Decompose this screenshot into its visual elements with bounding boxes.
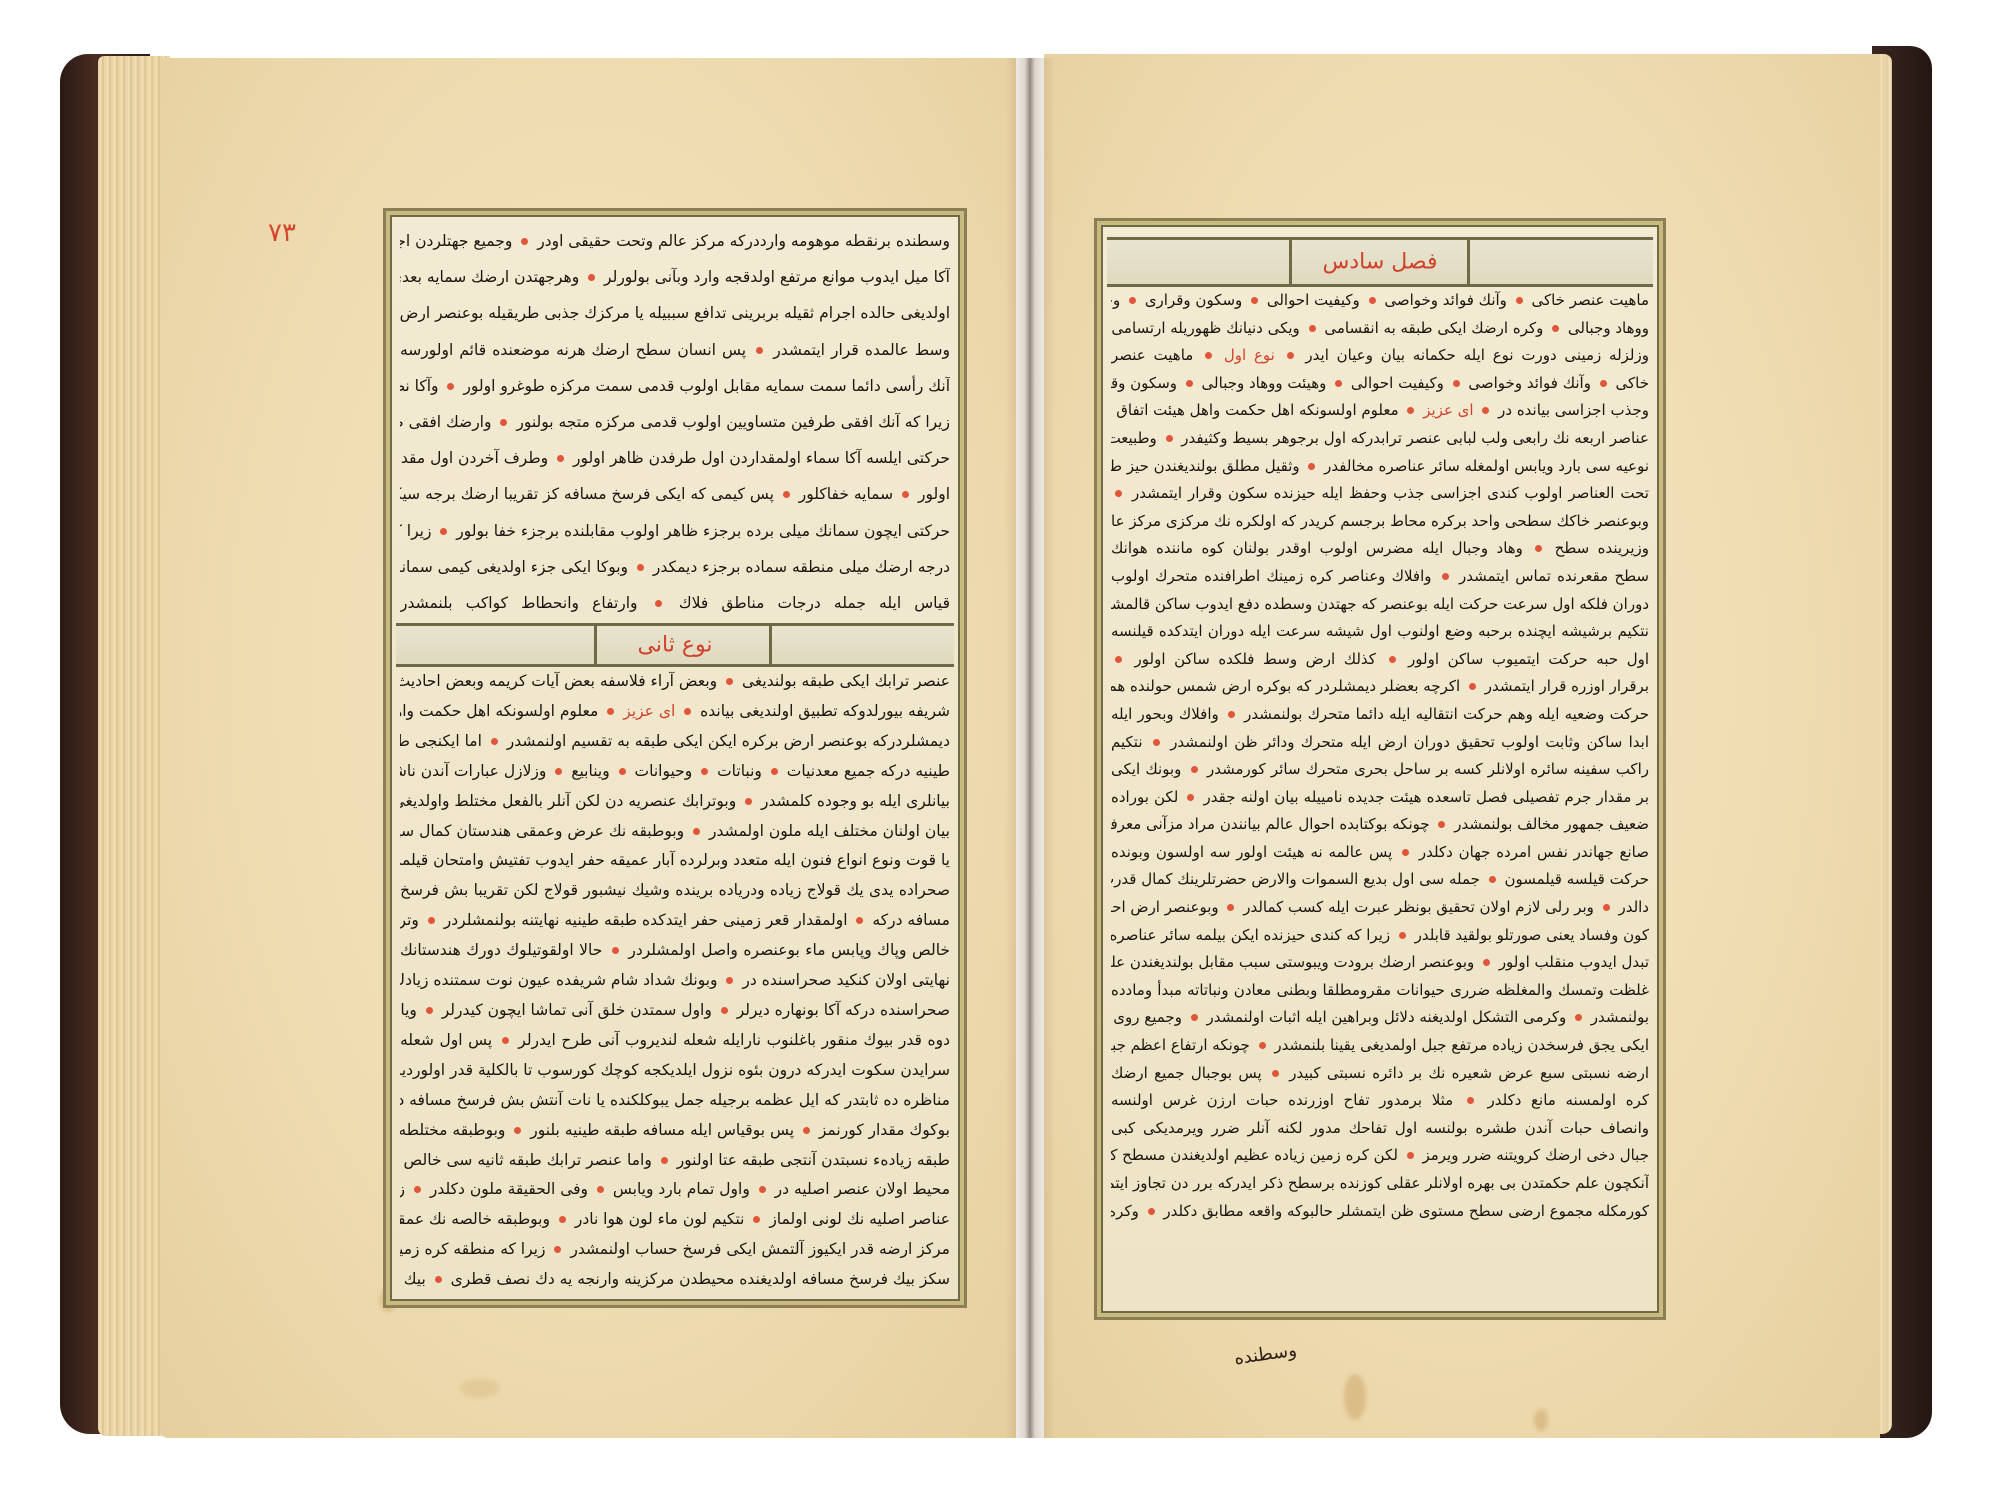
verse-dot-icon xyxy=(1535,545,1542,552)
verse-dot-icon xyxy=(1166,435,1173,442)
verse-dot-icon xyxy=(1287,352,1294,359)
verse-dot-icon xyxy=(414,1186,421,1193)
text-line: صحراده يدی يك قولاج زياده ودرياده برينده… xyxy=(400,876,950,906)
text-line: وجذب اجزاسی بيانده در ای عزيز معلوم اولس… xyxy=(1111,397,1649,425)
verse-dot-icon xyxy=(1402,849,1409,856)
right-body-text: ماهيت عنصر خاكی وآنك فوائد وخواصی وكيفيت… xyxy=(1111,287,1649,1305)
verse-dot-icon xyxy=(1205,352,1212,359)
verse-dot-icon xyxy=(661,1157,668,1164)
verse-dot-icon xyxy=(612,947,619,954)
text-line: طبقه زيادهء نسبتدن آنتجی طبقه عتا اولنور… xyxy=(400,1146,950,1176)
verse-dot-icon xyxy=(1309,325,1316,332)
text-line: حركتی ايچون سمانك ميلی برده برجزء ظاهر ا… xyxy=(400,513,950,549)
verse-dot-icon xyxy=(902,491,909,498)
text-line: درجه ارضك ميلی منطقه سماده برجزء ديمكدر … xyxy=(400,549,950,585)
text-line: سكز بيك فرسخ مسافه اولديغنده محيطدن مركز… xyxy=(400,1265,950,1295)
text-line: خالص وپاك وپابس ماء بوعنصره واصل اولمشلر… xyxy=(400,936,950,966)
verse-dot-icon xyxy=(1389,656,1396,663)
verse-dot-icon xyxy=(1227,904,1234,911)
text-line: طينيه دركه جميع معدنيات ونباتات وحيوانات… xyxy=(400,757,950,787)
verse-dot-icon xyxy=(1272,1070,1279,1077)
catchword: وسطنده xyxy=(1233,1340,1298,1370)
text-line: غلظت وتمسك والمغلظه ضرری حيوانات مقرومطل… xyxy=(1111,977,1649,1005)
verse-dot-icon xyxy=(1187,794,1194,801)
verse-dot-icon xyxy=(1552,325,1559,332)
text-line: جبال دخی ارضك كرويتنه ضرر ويرمز لكن كره … xyxy=(1111,1142,1649,1170)
text-line: دالدر وبر رلی لازم اولان تحقيق بونظر عبر… xyxy=(1111,894,1649,922)
verse-dot-icon xyxy=(1191,1014,1198,1021)
text-line: نوعيه سی بارد ويابس اولمغله سائر عناصره … xyxy=(1111,453,1649,481)
text-line: مناظره ده ثابتدر كه ايل عظمه برجيله جمل … xyxy=(400,1086,950,1116)
verse-dot-icon xyxy=(1467,1097,1474,1104)
text-line: وزلزله زمينی دورت نوع ايله حكمانه بيان و… xyxy=(1111,342,1649,370)
text-line: صانع جهاندر نفس امرده جهان دكلدر پس عالم… xyxy=(1111,839,1649,867)
text-line: وبوعنصر خاكك سطحی واحد بركره محاط برجسم … xyxy=(1111,508,1649,536)
verse-dot-icon xyxy=(1186,380,1193,387)
text-line: سرايدن سكوت ايدركه درون بئوه نزول ايلديك… xyxy=(400,1056,950,1086)
verse-dot-icon xyxy=(771,768,778,775)
verse-dot-icon xyxy=(1489,876,1496,883)
text-line: بر مقدار جرم تفصيلی فصل تاسعده هيئت جديد… xyxy=(1111,784,1649,812)
chapter-heading-band: فصل سادس xyxy=(1107,237,1653,287)
verse-dot-icon xyxy=(701,768,708,775)
verse-dot-icon xyxy=(1308,463,1315,470)
verse-dot-icon xyxy=(428,917,435,924)
text-line: آكا ميل ايدوب موانع مرتفع اولدقجه وارد و… xyxy=(400,259,950,295)
chapter-heading-fasl-sadis: فصل سادس xyxy=(1107,250,1653,275)
verse-dot-icon xyxy=(1482,407,1489,414)
text-line: محيط اولان عنصر اصليه در واول تمام بارد … xyxy=(400,1175,950,1205)
verse-dot-icon xyxy=(693,828,700,835)
verse-dot-icon xyxy=(1259,1042,1266,1049)
verse-dot-icon xyxy=(759,1186,766,1193)
text-line: سطح مقعرنده تماس ايتمشدر وافلاك وعناصر ك… xyxy=(1111,563,1649,591)
verse-dot-icon xyxy=(1115,656,1122,663)
text-line: مسافه دركه اولمقدار قعر زمينی حفر ايتدكد… xyxy=(400,906,950,936)
verse-dot-icon xyxy=(597,1186,604,1193)
verse-dot-icon xyxy=(514,1127,521,1134)
foxing-stain xyxy=(1344,1374,1366,1420)
verse-dot-icon xyxy=(619,768,626,775)
text-line: تحت العناصر اولوب كندی اجزاسی جذب وحفظ ا… xyxy=(1111,480,1649,508)
text-line: عناصر اربعه نك رابعی ولب لبابی عنصر تراب… xyxy=(1111,425,1649,453)
left-text-frame: وسطنده برنقطه موهومه وارددركه مركز عالم … xyxy=(383,208,967,1308)
verse-dot-icon xyxy=(1148,1208,1155,1215)
text-line: بيان اولنان مختلف ايله ملون اولمشدر وبوط… xyxy=(400,817,950,847)
verse-dot-icon xyxy=(1115,490,1122,497)
left-upper-text: وسطنده برنقطه موهومه وارددركه مركز عالم … xyxy=(400,223,950,623)
verse-dot-icon xyxy=(856,917,863,924)
foxing-stain xyxy=(1534,1409,1548,1431)
text-line: وسط عالمده قرار ايتمشدر پس انسان سطح ارض… xyxy=(400,332,950,368)
verse-dot-icon xyxy=(1129,297,1136,304)
text-line: حركتی ايلسه آكا سماء اولمقداردن اول طرفد… xyxy=(400,440,950,476)
section-heading-band: نوع ثانی xyxy=(396,623,954,667)
section-heading-nav-thani: نوع ثانی xyxy=(396,633,954,658)
text-line: يا قوت ونوع انواع فنون ايله متعدد وبرلرد… xyxy=(400,846,950,876)
text-line: ديمشلردركه بوعنصر ارض بركره ايكن ايكی طب… xyxy=(400,727,950,757)
verse-dot-icon xyxy=(803,1127,810,1134)
verse-dot-icon xyxy=(756,347,763,354)
verse-dot-icon xyxy=(637,564,644,571)
verse-dot-icon xyxy=(491,738,498,745)
right-text-frame: فصل سادس ماهيت عنصر خاكی وآنك فوائد وخوا… xyxy=(1094,218,1666,1320)
folio-number: ٧٣ xyxy=(268,218,296,248)
text-line: بوكوك مقدار كورنمز پس بوقياس ايله مسافه … xyxy=(400,1116,950,1146)
text-line: عنصر ترابك ايكی طبقه بولنديغی وبعض آراء … xyxy=(400,667,950,697)
verse-dot-icon xyxy=(1469,683,1476,690)
verse-dot-icon xyxy=(1153,739,1160,746)
text-line: نهايتی اولان كنكيد صحراسنده در وبونك شدا… xyxy=(400,966,950,996)
verse-dot-icon xyxy=(555,768,562,775)
verse-dot-icon xyxy=(783,491,790,498)
text-line: ابدا ساكن وثابت اولوب تحقيق دوران ارض اي… xyxy=(1111,729,1649,757)
text-line: بيانلری ايله بو وجوده كلمشدر وبوترابك عن… xyxy=(400,787,950,817)
text-line: صحراسنده دركه آكا بونهاره ديرلر واول سمت… xyxy=(400,996,950,1026)
text-line: ارضه نسبتی سبع عرض شعيره نك بر دائره نسب… xyxy=(1111,1060,1649,1088)
foxing-stain xyxy=(460,1378,500,1398)
text-line: نتكيم برشيشه ايچنده برحبه وضع اولنوب اول… xyxy=(1111,618,1649,646)
verse-dot-icon xyxy=(559,1216,566,1223)
verse-dot-icon xyxy=(1603,904,1610,911)
text-line: آنكچون علم حكمتدن بی بهره اولانلر عقلی ك… xyxy=(1111,1170,1649,1198)
verse-dot-icon xyxy=(1369,297,1376,304)
text-line: ماهيت عنصر خاكی وآنك فوائد وخواصی وكيفيت… xyxy=(1111,287,1649,315)
text-line: تبدل ايدوب منقلب اولور وبوعنصر ارضك برود… xyxy=(1111,949,1649,977)
verse-dot-icon xyxy=(684,708,691,715)
verse-dot-icon xyxy=(1600,380,1607,387)
verse-dot-icon xyxy=(500,419,507,426)
text-line: كون وفساد يعنی صورتلو بولقيد قابلدر زيرا… xyxy=(1111,922,1649,950)
text-line: زيرا كه آنك افقی طرفين متساويين اولوب قد… xyxy=(400,404,950,440)
text-line: وانصاف حبات آندن طشره بولنسه اول تفاحك م… xyxy=(1111,1115,1649,1143)
verse-dot-icon xyxy=(726,977,733,984)
verse-dot-icon xyxy=(655,600,662,607)
left-lower-text: عنصر ترابك ايكی طبقه بولنديغی وبعض آراء … xyxy=(400,667,950,1293)
verse-dot-icon xyxy=(426,1007,433,1014)
verse-dot-icon xyxy=(1516,297,1523,304)
verse-dot-icon xyxy=(554,1246,561,1253)
verse-dot-icon xyxy=(1438,821,1445,828)
text-line: بولنمشدر وكرمی التشكل اولديغنه دلائل وبر… xyxy=(1111,1004,1649,1032)
verse-dot-icon xyxy=(557,455,564,462)
text-line: دوران فلكه اول سرعت حركت ايله بوعنصر كه … xyxy=(1111,591,1649,619)
book-gutter xyxy=(1005,58,1055,1438)
text-line: ضعيف جمهور مخالف بولنمشدر چونكه بوكتابده… xyxy=(1111,811,1649,839)
verse-dot-icon xyxy=(745,798,752,805)
verse-dot-icon xyxy=(607,708,614,715)
text-line: عناصر اصليه نك لونی اولماز نتكيم لون ماء… xyxy=(400,1205,950,1235)
text-line: شريفه بيورلدوكه تطبيق اولنديغی بيانده ای… xyxy=(400,697,950,727)
text-line: وزيرينده سطح وهاد وجبال ايله مضرس اولوب … xyxy=(1111,535,1649,563)
text-line: اول حبه حركت ايتميوب ساكن اولور كذلك ارض… xyxy=(1111,646,1649,674)
text-line: حركت قيلسه قيلمسون جمله سی اول بديع السم… xyxy=(1111,866,1649,894)
text-line: برقرار اوزره قرار ايتمشدر اكرچه بعضلر دي… xyxy=(1111,673,1649,701)
text-line: مركز ارضه قدر ايكيوز آلتمش ايكی فرسخ حسا… xyxy=(400,1235,950,1265)
text-line: وسطنده برنقطه موهومه وارددركه مركز عالم … xyxy=(400,223,950,259)
verse-dot-icon xyxy=(1335,380,1342,387)
verse-dot-icon xyxy=(726,678,733,685)
verse-dot-icon xyxy=(521,238,528,245)
verse-dot-icon xyxy=(1191,766,1198,773)
text-line: خاكی وآنك فوائد وخواصی وكيفيت احوالی وهي… xyxy=(1111,370,1649,398)
verse-dot-icon xyxy=(1453,380,1460,387)
text-line: راكب سفينه سائره اولانلر كسه بر ساحل بحر… xyxy=(1111,756,1649,784)
text-line: كورمكله مجموع ارضی سطح مستوی ظن ايتمشلر … xyxy=(1111,1198,1649,1226)
text-line: دوه قدر بيوك منقور باغلنوب نارايله شعله … xyxy=(400,1026,950,1056)
verse-dot-icon xyxy=(1228,711,1235,718)
verse-dot-icon xyxy=(502,1037,509,1044)
verse-dot-icon xyxy=(1442,573,1449,580)
verse-dot-icon xyxy=(1399,932,1406,939)
verse-dot-icon xyxy=(440,528,447,535)
text-line: اولور سمايه خفاكلور پس كيمی كه ايكی فرسخ… xyxy=(400,476,950,512)
verse-dot-icon xyxy=(588,274,595,281)
verse-dot-icon xyxy=(721,1007,728,1014)
text-line: كره اولمسنه مانع دكلدر مثلا برمدور تفاح … xyxy=(1111,1087,1649,1115)
text-line: قياس ايله جمله درجات مناطق فلاك وارتفاع … xyxy=(400,585,950,621)
verse-dot-icon xyxy=(1251,297,1258,304)
text-line: ايكی يجق فرسخدن زياده مرتفع جبل اولمديغی… xyxy=(1111,1032,1649,1060)
text-line: اولديغی حالده اجرام ثقيله بربرينی تدافع … xyxy=(400,295,950,331)
verse-dot-icon xyxy=(447,383,454,390)
text-line: ووهاد وجبالی وكره ارضك ايكی طبقه به انقس… xyxy=(1111,315,1649,343)
text-line: آنك رأسی دائما سمت سمايه مقابل اولوب قدم… xyxy=(400,368,950,404)
verse-dot-icon xyxy=(753,1216,760,1223)
verse-dot-icon xyxy=(1575,1014,1582,1021)
verse-dot-icon xyxy=(1483,959,1490,966)
verse-dot-icon xyxy=(1407,407,1414,414)
verse-dot-icon xyxy=(1407,1152,1414,1159)
verse-dot-icon xyxy=(435,1276,442,1283)
text-line: حركت وضعيه ايله وهم حركت انتقاليه ايله د… xyxy=(1111,701,1649,729)
